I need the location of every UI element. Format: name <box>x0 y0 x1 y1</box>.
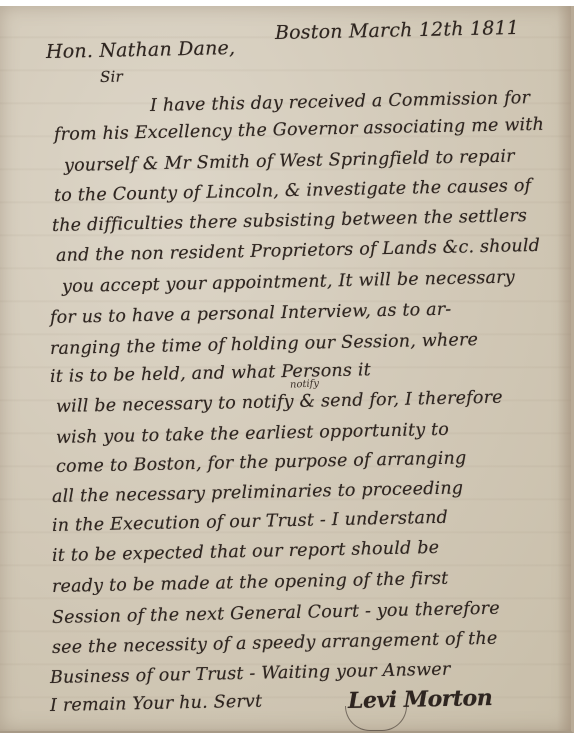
body-line-14: all the necessary preliminaries to proce… <box>52 478 464 507</box>
body-line-12: wish you to take the earliest opportunit… <box>56 420 449 448</box>
signature-flourish <box>345 706 407 731</box>
body-line-6: and the non resident Proprietors of Land… <box>56 236 540 266</box>
dateline: Boston March 12th 1811 <box>275 17 520 44</box>
body-line-4: to the County of Lincoln, & investigate … <box>54 176 532 206</box>
body-line-13: come to Boston, for the purpose of arran… <box>56 448 467 477</box>
body-line-16: it to be expected that our report should… <box>52 538 440 566</box>
body-line-15: in the Execution of our Trust - I unders… <box>52 508 448 536</box>
letter-page: Boston March 12th 1811 Hon. Nathan Dane,… <box>0 6 574 733</box>
body-line-8: for us to have a personal Interview, as … <box>50 300 452 328</box>
body-line-5: the difficulties there subsisting betwee… <box>52 206 528 236</box>
interlinear-insertion: notify <box>290 378 320 391</box>
body-line-17: ready to be made at the opening of the f… <box>52 569 449 597</box>
body-line-7: you accept your appointment, It will be … <box>62 268 515 297</box>
closing-line: I remain Your hu. Servt <box>50 692 263 716</box>
body-line-18: Session of the next General Court - you … <box>52 599 500 628</box>
body-line-10: it is to be held, and what Persons it <box>50 360 371 387</box>
body-line-1: I have this day received a Commission fo… <box>150 88 531 116</box>
body-line-11: will be necessary to notify & send for, … <box>56 388 503 417</box>
body-line-20: Business of our Trust - Waiting your Ans… <box>50 660 451 688</box>
body-line-2: from his Excellency the Governor associa… <box>54 115 544 145</box>
body-line-9: ranging the time of holding our Session,… <box>50 330 479 359</box>
greeting: Sir <box>100 68 123 86</box>
body-line-3: yourself & Mr Smith of West Springfield … <box>64 147 515 176</box>
body-line-19: see the necessity of a speedy arrangemen… <box>52 629 498 658</box>
salutation: Hon. Nathan Dane, <box>46 37 236 63</box>
